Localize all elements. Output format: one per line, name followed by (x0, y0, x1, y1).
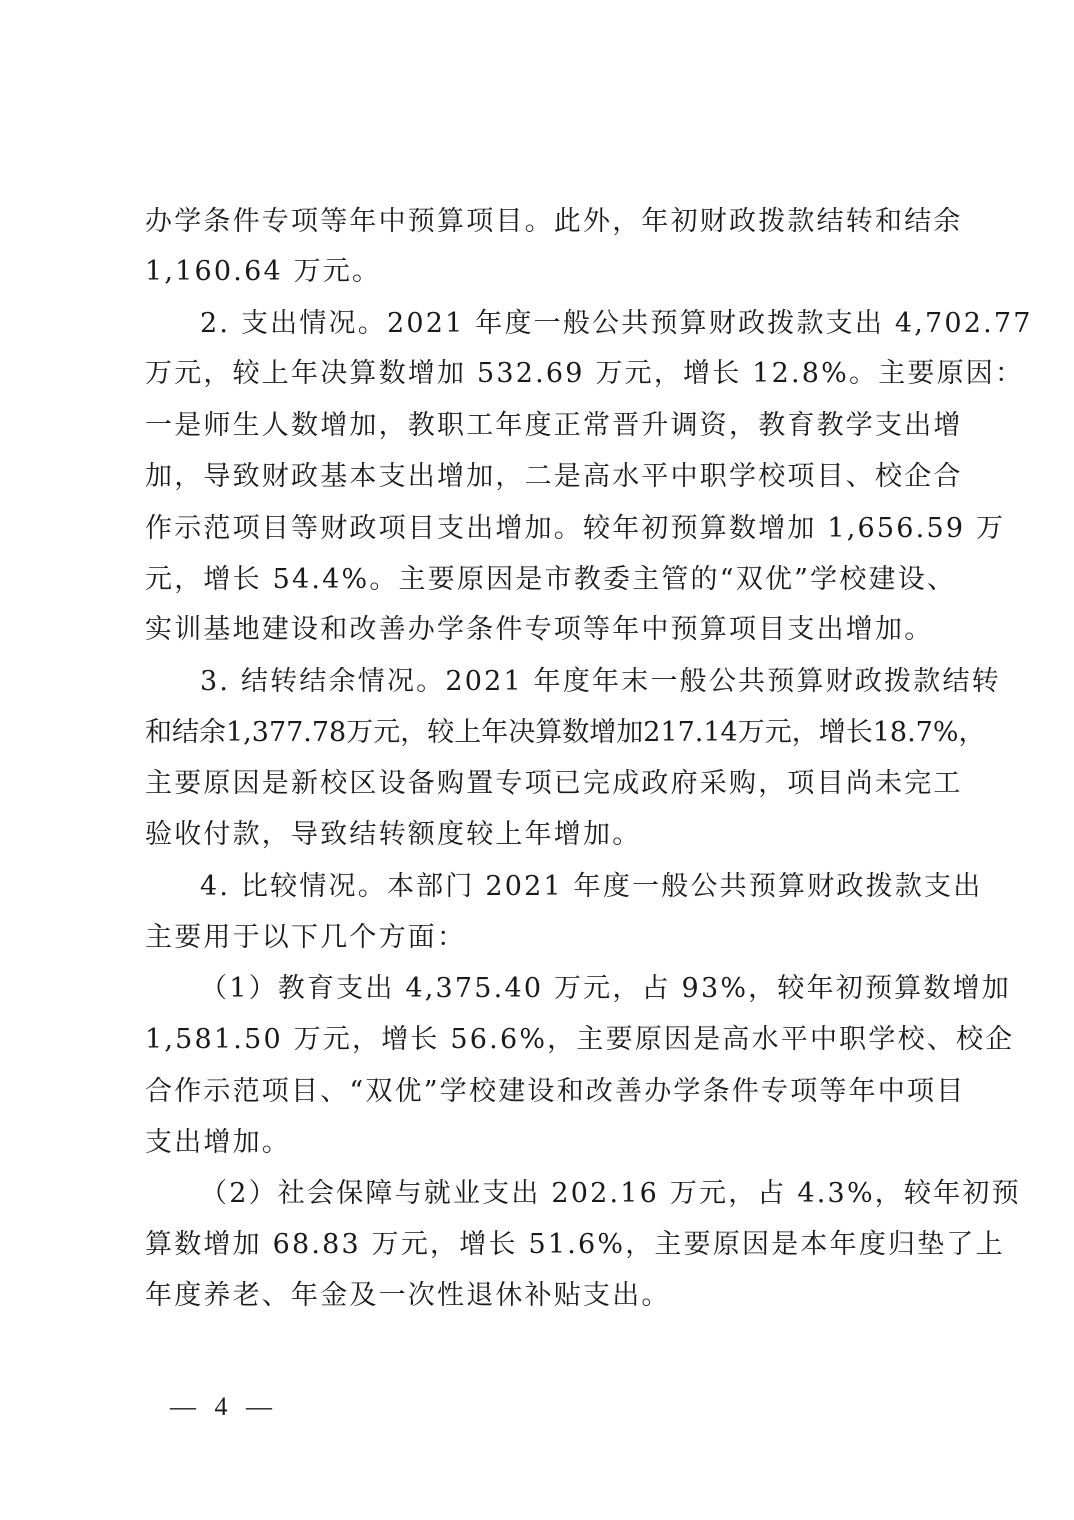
body-line: 算数增加 68.83 万元，增长 51.6%，主要原因是本年度归垫了上 (145, 1227, 940, 1263)
body-line: 万元，较上年决算数增加 532.69 万元，增长 12.8%。主要原因： (145, 356, 940, 392)
body-line: 1,581.50 万元，增长 56.6%，主要原因是高水平中职学校、校企 (145, 1022, 940, 1058)
section-heading-carryover: 3. 结转结余情况。2021 年度年末一般公共预算财政拨款结转 (200, 664, 940, 700)
body-line: 主要原因是新校区设备购置专项已完成政府采购，项目尚未完工 (145, 766, 940, 802)
body-line: 作示范项目等财政项目支出增加。较年初预算数增加 1,656.59 万 (145, 511, 940, 547)
item-education-expenditure: （1）教育支出 4,375.40 万元，占 93%，较年初预算数增加 (200, 971, 940, 1007)
section-heading-expenditure: 2. 支出情况。2021 年度一般公共预算财政拨款支出 4,702.77 (200, 306, 940, 342)
body-line: 年度养老、年金及一次性退休补贴支出。 (145, 1278, 940, 1314)
body-line: 合作示范项目、“双优”学校建设和改善办学条件专项等年中项目 (145, 1074, 940, 1110)
body-line: 实训基地建设和改善办学条件专项等年中预算项目支出增加。 (145, 612, 940, 648)
item-social-security-expenditure: （2）社会保障与就业支出 202.16 万元，占 4.3%，较年初预 (200, 1176, 940, 1212)
body-line: 和结余1,377.78万元，较上年决算数增加217.14万元，增长18.7%， (145, 715, 940, 751)
body-line: 加，导致财政基本支出增加，二是高水平中职学校项目、校企合 (145, 459, 940, 495)
body-line: 办学条件专项等年中预算项目。此外，年初财政拨款结转和结余 (145, 204, 940, 240)
body-line: 支出增加。 (145, 1125, 940, 1161)
document-page: 办学条件专项等年中预算项目。此外，年初财政拨款结转和结余 1,160.64 万元… (0, 0, 1074, 1520)
body-line: 元，增长 54.4%。主要原因是市教委主管的“双优”学校建设、 (145, 562, 940, 598)
body-line: 1,160.64 万元。 (145, 254, 940, 290)
body-line: 验收付款，导致结转额度较上年增加。 (145, 817, 940, 853)
body-line: 主要用于以下几个方面： (145, 920, 940, 956)
page-number: — 4 — (170, 1392, 278, 1422)
body-line: 一是师生人数增加，教职工年度正常晋升调资，教育教学支出增 (145, 408, 940, 444)
section-heading-comparison: 4. 比较情况。本部门 2021 年度一般公共预算财政拨款支出 (200, 869, 940, 905)
